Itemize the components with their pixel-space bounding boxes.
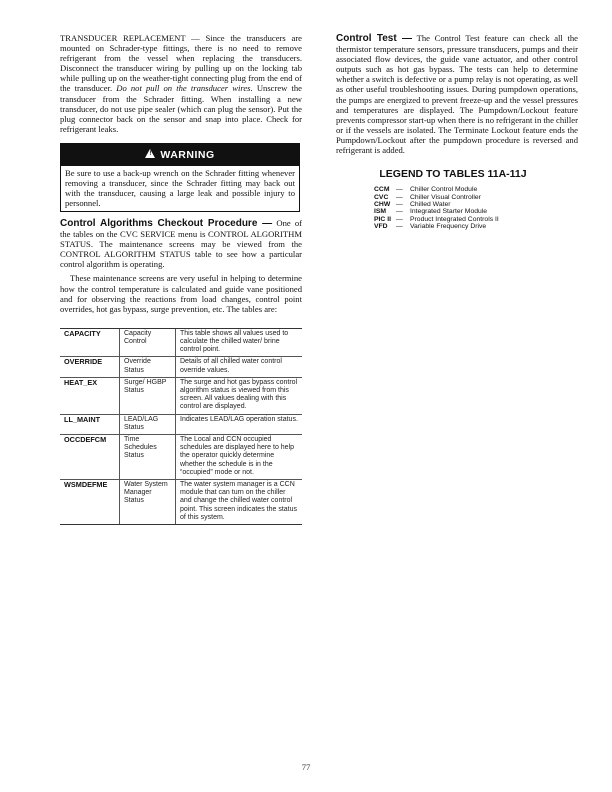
- legend-meaning: Chiller Control Module: [410, 186, 499, 193]
- warning-triangle-icon: !: [145, 149, 155, 158]
- right-column: Control Test — The Control Test feature …: [336, 33, 578, 231]
- table-name-cell: OCCDEFCM: [60, 435, 120, 480]
- legend-dash: —: [396, 194, 410, 201]
- legend-abbreviation: VFD: [374, 223, 396, 230]
- legend-table: CCM — Chiller Control Module CVC — Chill…: [374, 186, 499, 230]
- warning-header: ! WARNING: [61, 144, 299, 166]
- table-row: LL_MAINT LEAD/LAG Status Indicates LEAD/…: [60, 414, 302, 434]
- legend-title: LEGEND TO TABLES 11A-11J: [328, 168, 578, 180]
- control-algorithms-paragraph: Control Algorithms Checkout Procedure — …: [60, 218, 302, 269]
- legend-dash: —: [396, 208, 410, 215]
- legend-meaning: Integrated Starter Module: [410, 208, 499, 215]
- maintenance-screens-paragraph: These maintenance screens are very usefu…: [60, 273, 302, 313]
- legend-item: VFD — Variable Frequency Drive: [374, 223, 499, 230]
- table-title-cell: Surge/ HGBP Status: [120, 377, 176, 414]
- legend-meaning: Chilled Water: [410, 201, 499, 208]
- legend-meaning: Variable Frequency Drive: [410, 223, 499, 230]
- table-title-cell: LEAD/LAG Status: [120, 414, 176, 434]
- section-heading: Control Test —: [336, 33, 412, 44]
- legend-abbreviation: CVC: [374, 194, 396, 201]
- table-description-cell: Details of all chilled water control ove…: [176, 357, 303, 377]
- legend-abbreviation: CCM: [374, 186, 396, 193]
- control-algorithm-table: CAPACITY Capacity Control This table sho…: [60, 328, 302, 525]
- warning-title: WARNING: [160, 149, 214, 161]
- table-name-cell: LL_MAINT: [60, 414, 120, 434]
- legend-item: CCM — Chiller Control Module: [374, 186, 499, 193]
- legend-item: ISM — Integrated Starter Module: [374, 208, 499, 215]
- table-name-cell: CAPACITY: [60, 328, 120, 357]
- legend-item: PIC II — Product Integrated Controls II: [374, 216, 499, 223]
- table-title-cell: Override Status: [120, 357, 176, 377]
- page-number: 77: [0, 762, 612, 772]
- table-description-cell: This table shows all values used to calc…: [176, 328, 303, 357]
- legend-dash: —: [396, 223, 410, 230]
- table-row: HEAT_EX Surge/ HGBP Status The surge and…: [60, 377, 302, 414]
- left-column: TRANSDUCER REPLACEMENT — Since the trans…: [60, 33, 302, 525]
- legend-abbreviation: PIC II: [374, 216, 396, 223]
- table-title-cell: Time Schedules Status: [120, 435, 176, 480]
- table-row: WSMDEFME Water System Manager Status The…: [60, 480, 302, 525]
- legend-item: CVC — Chiller Visual Controller: [374, 194, 499, 201]
- table-name-cell: WSMDEFME: [60, 480, 120, 525]
- legend-dash: —: [396, 216, 410, 223]
- warning-box: ! WARNING Be sure to use a back-up wrenc…: [60, 143, 300, 212]
- legend-item: CHW — Chilled Water: [374, 201, 499, 208]
- table-row: CAPACITY Capacity Control This table sho…: [60, 328, 302, 357]
- table-description-cell: The Local and CCN occupied schedules are…: [176, 435, 303, 480]
- italic-caution-text: Do not pull on the transducer wires: [116, 83, 250, 93]
- paragraph-text: The Control Test feature can check all t…: [336, 33, 578, 155]
- legend-meaning: Product Integrated Controls II: [410, 216, 499, 223]
- warning-text: Be sure to use a back-up wrench on the S…: [65, 168, 295, 208]
- legend-abbreviation: ISM: [374, 208, 396, 215]
- warning-body: Be sure to use a back-up wrench on the S…: [61, 166, 299, 211]
- control-algorithms-section: Control Algorithms Checkout Procedure — …: [60, 218, 302, 314]
- legend-dash: —: [396, 201, 410, 208]
- legend-dash: —: [396, 186, 410, 193]
- table-title-cell: Capacity Control: [120, 328, 176, 357]
- section-heading: Control Algorithms Checkout Procedure —: [60, 218, 272, 229]
- table-row: OVERRIDE Override Status Details of all …: [60, 357, 302, 377]
- table-name-cell: OVERRIDE: [60, 357, 120, 377]
- legend-meaning: Chiller Visual Controller: [410, 194, 499, 201]
- table-title-cell: Water System Manager Status: [120, 480, 176, 525]
- table-description-cell: The water system manager is a CCN module…: [176, 480, 303, 525]
- table-description-cell: The surge and hot gas bypass control alg…: [176, 377, 303, 414]
- table-row: OCCDEFCM Time Schedules Status The Local…: [60, 435, 302, 480]
- table-name-cell: HEAT_EX: [60, 377, 120, 414]
- legend-abbreviation: CHW: [374, 201, 396, 208]
- transducer-replacement-paragraph: TRANSDUCER REPLACEMENT — Since the trans…: [60, 33, 302, 134]
- table-description-cell: Indicates LEAD/LAG operation status.: [176, 414, 303, 434]
- control-test-paragraph: Control Test — The Control Test feature …: [336, 33, 578, 155]
